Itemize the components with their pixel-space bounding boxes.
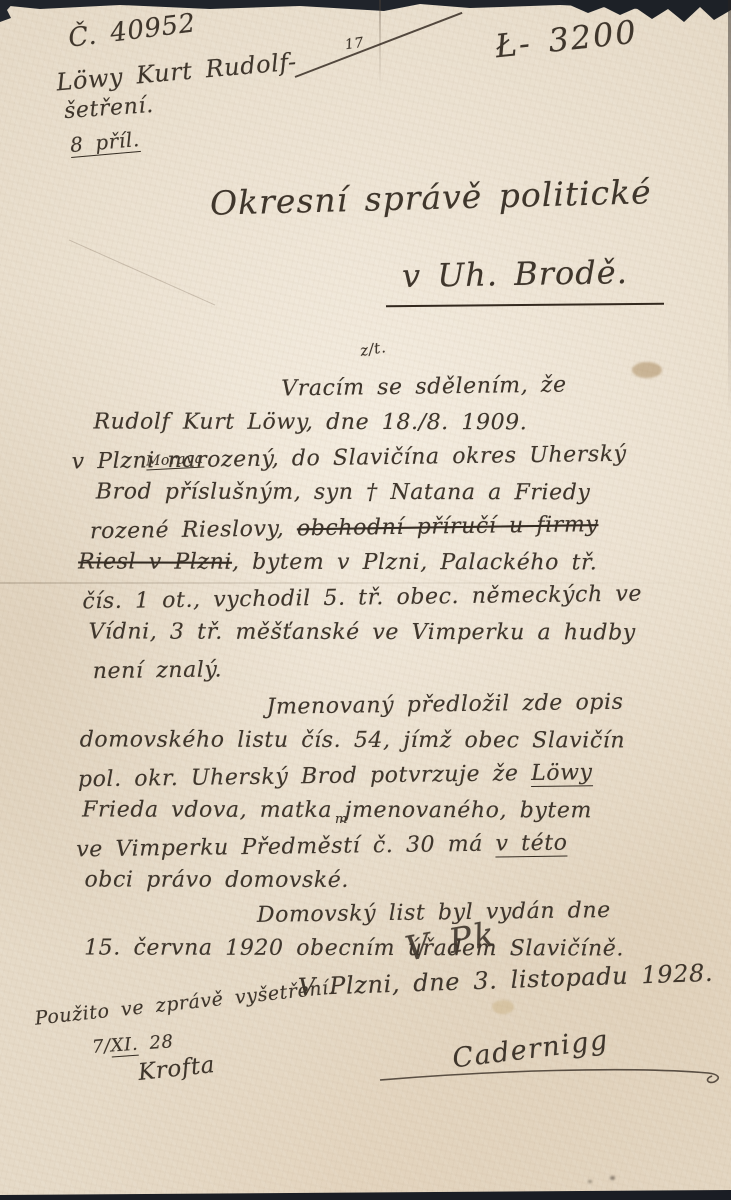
clerk-note-date-prefix: 7/ (91, 1036, 111, 1058)
clerk-note-date-month: XI. (110, 1034, 139, 1058)
insertion-mark: m (335, 812, 348, 827)
enclosures-note: 8 příl. (69, 127, 141, 158)
para1-line-6: Riesl v Plzni, bytem v Plzni, Palackého … (72, 544, 712, 580)
clerk-signature: Krofta (137, 1052, 216, 1086)
para1-line-1: Vracím se sdělením, že (71, 366, 711, 410)
para2-line-3: pol. okr. Uherský Brod potvrzuje že Löwy (72, 754, 712, 798)
body-paragraph-2: Jmenovaný předložil zde opis domovského … (71, 686, 712, 899)
para2-line-5-underlined: v této (495, 831, 567, 858)
para2-line-4: Frieda vdova, matka jmenovaného, bytem (72, 792, 712, 828)
para2-line-3-name: Löwy (531, 760, 593, 787)
para2-line-1: Jmenovaný předložil zde opis (71, 684, 711, 728)
registry-small-mark: 17 (344, 35, 365, 53)
signature-flourish-underline (378, 1064, 728, 1086)
subject-name: Löwy Kurt Rudolf- (55, 48, 298, 97)
insertion-morava: Morava (146, 451, 204, 471)
para1-line-6-struck: Riesl v Plzni (78, 549, 232, 574)
para1-line-2: Rudolf Kurt Löwy, dne 18./8. 1909. (71, 404, 711, 440)
para1-line-5-struck: obchodní příručí u firmy (297, 512, 599, 541)
para2-line-5-text: ve Vimperku Předměstí č. 30 má (76, 832, 496, 863)
torn-edge-bottom (0, 1186, 731, 1200)
para1-line-7: čís. 1 ot., vychodil 5. tř. obec. německ… (72, 576, 712, 620)
para2-line-3-text: pol. okr. Uherský Brod potvrzuje že (78, 761, 532, 792)
stain-spot-2 (492, 1000, 514, 1014)
para2-line-5: ve Vimperku Předměstí č. 30 má v této (72, 824, 712, 868)
para1-line-9: není znalý. (73, 646, 713, 690)
para3-line-1: Domovský list byl vydán dne (72, 892, 712, 936)
clerk-note-date-year: 28 (149, 1031, 175, 1054)
para1-line-8: Vídni, 3 tř. měšťanské ve Vimperku a hud… (73, 614, 713, 650)
addressee-underline (386, 303, 664, 307)
body-paragraph-1: Vracím se sdělením, že Rudolf Kurt Löwy,… (71, 368, 713, 686)
ink-dot (610, 1176, 615, 1180)
clerk-note: Použito ve zprávě vyšetření. (34, 976, 337, 1029)
marginal-mark: z/t. (359, 338, 388, 360)
addressee-line-1: Okresní správě politické (210, 172, 653, 223)
clerk-note-date: 7/XI. 28 (91, 1031, 174, 1058)
body-paragraph-3: Domovský list byl vydán dne 15. června 1… (72, 894, 712, 967)
ink-dot-2 (588, 1180, 592, 1183)
document-page: Č. 40952 17 Löwy Kurt Rudolf- šetření. 8… (0, 0, 731, 1200)
para1-line-6-text: , bytem v Plzni, Palackého tř. (232, 550, 597, 576)
addressee-line-2: v Uh. Brodě. (402, 253, 628, 295)
scratch-mark (69, 240, 216, 306)
para2-line-2: domovského listu čís. 54, jímž obec Slav… (72, 722, 712, 758)
para1-line-5: rozené Rieslovy, obchodní příručí u firm… (72, 506, 712, 550)
subject-matter: šetření. (63, 93, 154, 124)
para1-line-4: Brod příslušným, syn † Natana a Friedy (72, 474, 712, 510)
para1-line-5-text: rozené Rieslovy, (90, 516, 297, 544)
